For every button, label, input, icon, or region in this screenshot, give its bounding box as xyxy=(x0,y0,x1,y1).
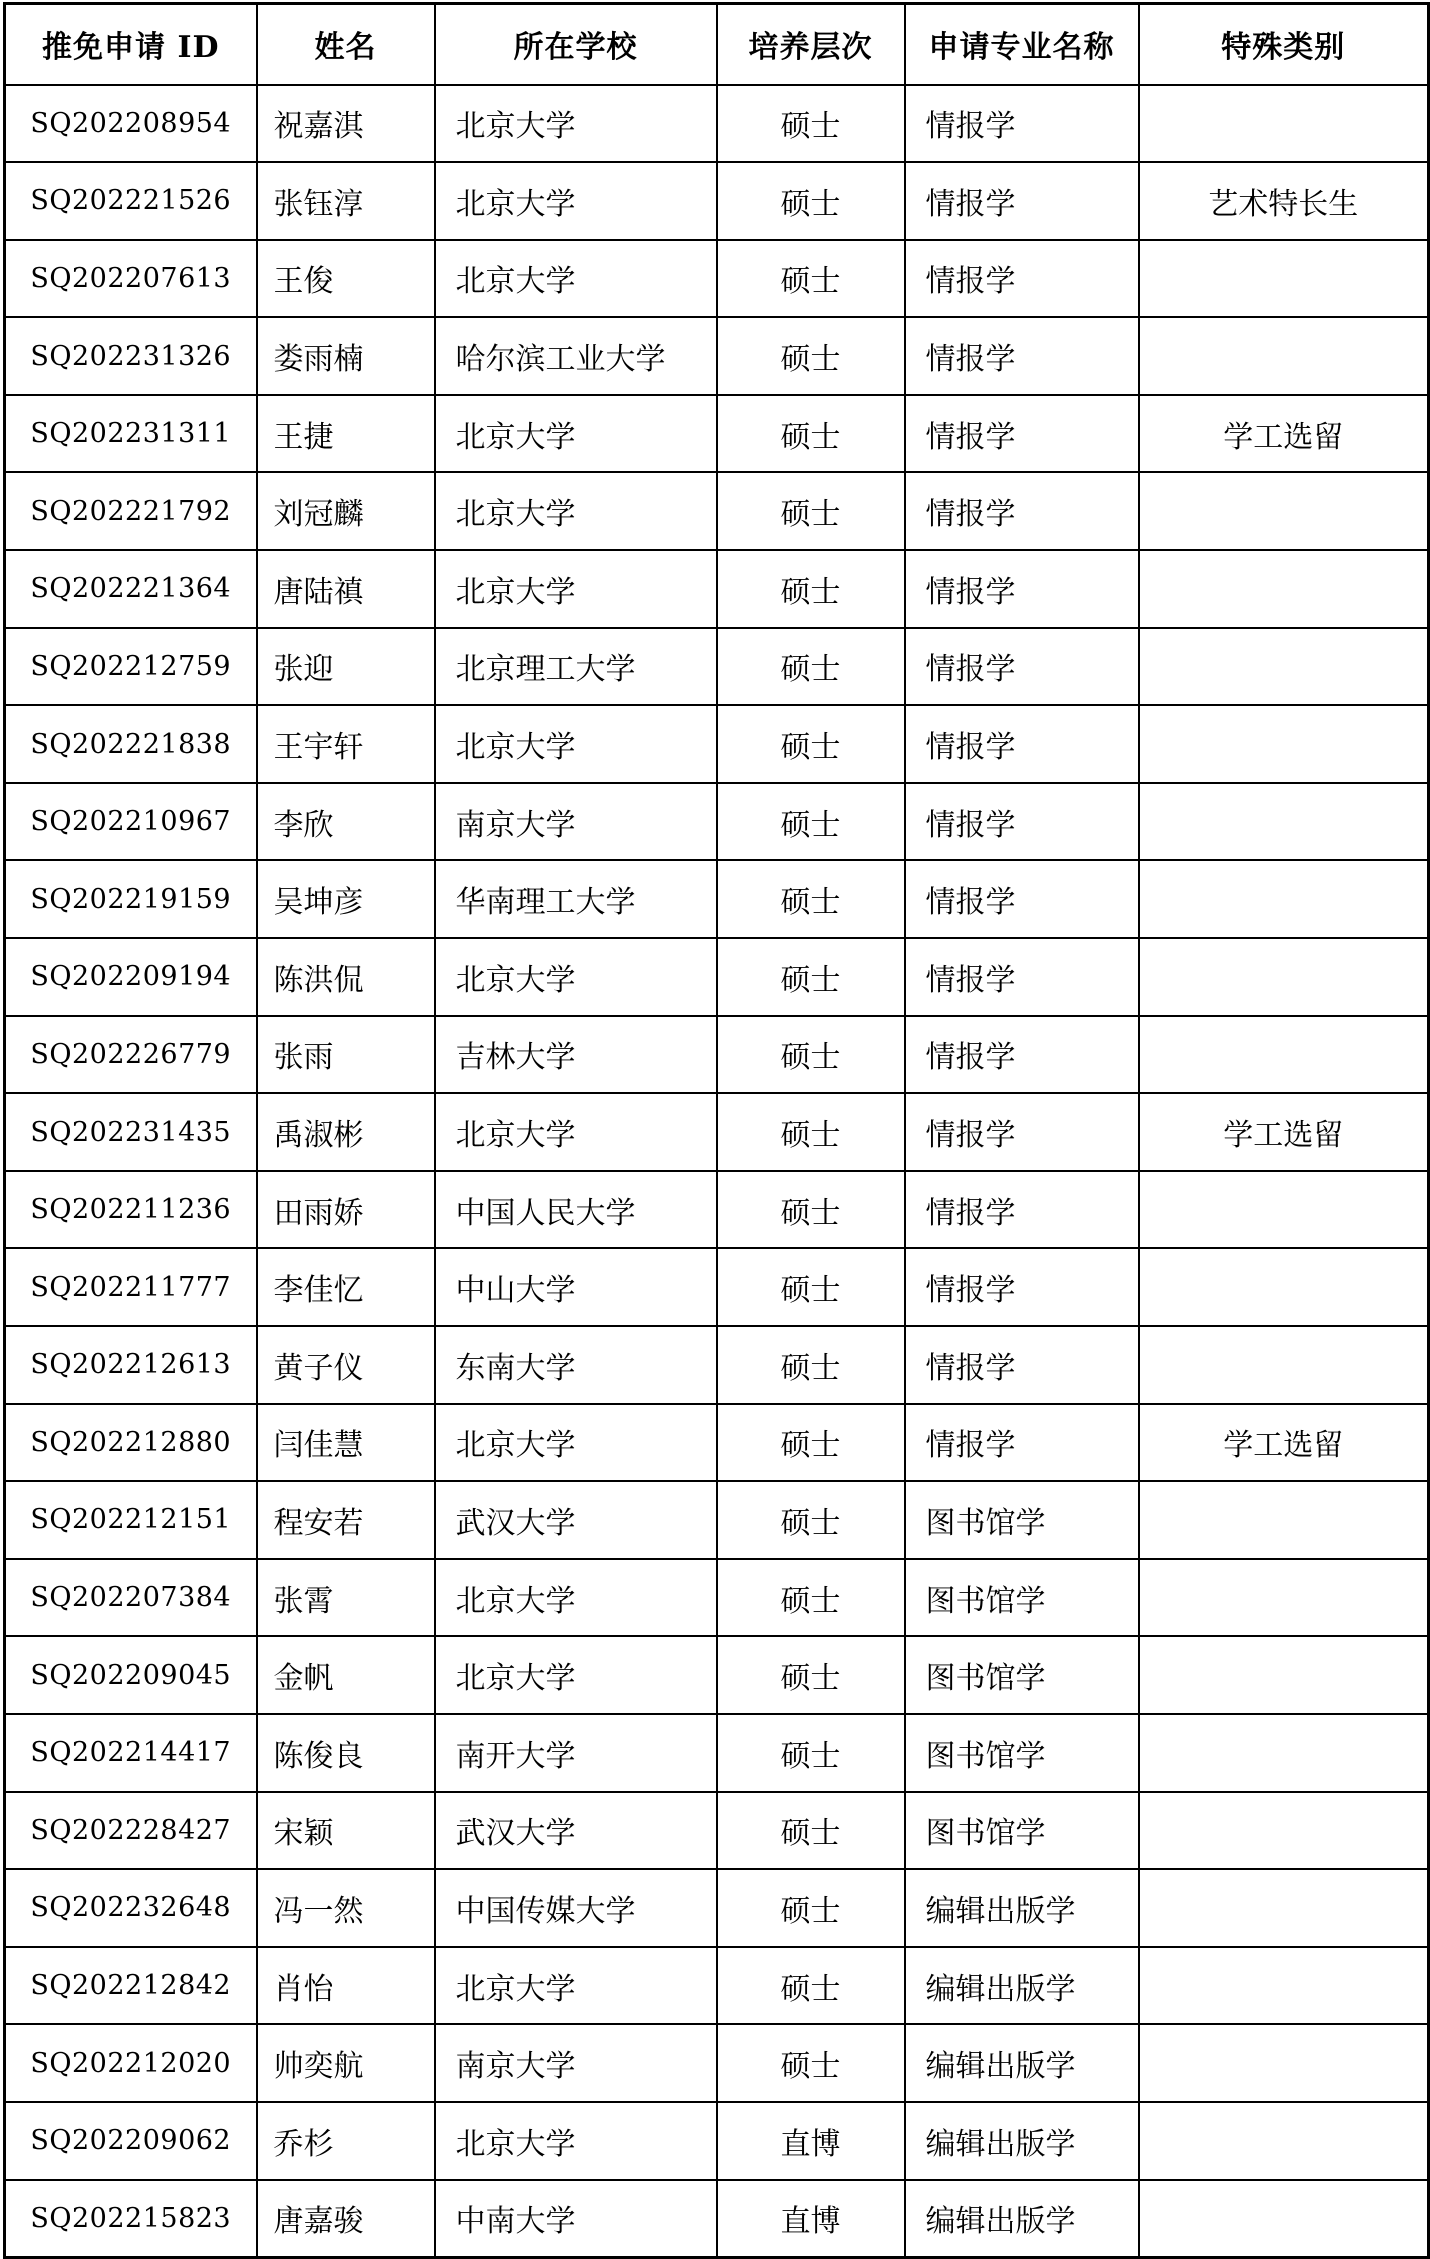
table-cell: 帅奕航 xyxy=(257,2024,435,2102)
table-cell: SQ202208954 xyxy=(5,85,257,163)
table-cell: 硕士 xyxy=(717,1248,905,1326)
table-cell: 程安若 xyxy=(257,1481,435,1559)
table-cell: 硕士 xyxy=(717,1947,905,2025)
table-cell: 情报学 xyxy=(905,317,1139,395)
table-cell: 情报学 xyxy=(905,860,1139,938)
table-row: SQ202209194陈洪侃北京大学硕士情报学 xyxy=(5,938,1429,1016)
table-row: SQ202207384张霄北京大学硕士图书馆学 xyxy=(5,1559,1429,1637)
table-cell: SQ202211777 xyxy=(5,1248,257,1326)
table-cell: 学工选留 xyxy=(1139,1093,1429,1171)
table-cell: 南京大学 xyxy=(435,2024,717,2102)
table-cell: 硕士 xyxy=(717,783,905,861)
table-cell xyxy=(1139,1248,1429,1326)
table-cell xyxy=(1139,472,1429,550)
table-cell: 北京大学 xyxy=(435,705,717,783)
table-row: SQ202212020帅奕航南京大学硕士编辑出版学 xyxy=(5,2024,1429,2102)
table-cell: 肖怡 xyxy=(257,1947,435,2025)
table-cell: 唐陆禛 xyxy=(257,550,435,628)
table-row: SQ202231311王捷北京大学硕士情报学学工选留 xyxy=(5,395,1429,473)
table-cell: 张钰淳 xyxy=(257,162,435,240)
table-cell: 硕士 xyxy=(717,472,905,550)
table-cell: 硕士 xyxy=(717,395,905,473)
table-cell: SQ202215823 xyxy=(5,2180,257,2258)
table-cell: 情报学 xyxy=(905,1093,1139,1171)
table-cell: 图书馆学 xyxy=(905,1714,1139,1792)
table-cell: 闫佳慧 xyxy=(257,1404,435,1482)
table-cell: SQ202232648 xyxy=(5,1869,257,1947)
table-cell: SQ202212613 xyxy=(5,1326,257,1404)
table-cell: SQ202209062 xyxy=(5,2102,257,2180)
table-cell: SQ202212020 xyxy=(5,2024,257,2102)
table-cell: 硕士 xyxy=(717,85,905,163)
table-cell: 情报学 xyxy=(905,1404,1139,1482)
table-row: SQ202208954祝嘉淇北京大学硕士情报学 xyxy=(5,85,1429,163)
table-cell xyxy=(1139,1559,1429,1637)
table-cell xyxy=(1139,628,1429,706)
table-cell: SQ202212151 xyxy=(5,1481,257,1559)
header-row: 推免申请 ID 姓名 所在学校 培养层次 申请专业名称 特殊类别 xyxy=(5,4,1429,85)
admission-roster-table: 推免申请 ID 姓名 所在学校 培养层次 申请专业名称 特殊类别 SQ20220… xyxy=(3,2,1430,2259)
table-cell: 华南理工大学 xyxy=(435,860,717,938)
page: 推免申请 ID 姓名 所在学校 培养层次 申请专业名称 特殊类别 SQ20220… xyxy=(0,0,1430,2256)
table-cell: SQ202207384 xyxy=(5,1559,257,1637)
table-cell: SQ202212880 xyxy=(5,1404,257,1482)
table-cell: 张雨 xyxy=(257,1016,435,1094)
table-cell: 中南大学 xyxy=(435,2180,717,2258)
table-cell: 北京大学 xyxy=(435,1559,717,1637)
table-row: SQ202214417陈俊良南开大学硕士图书馆学 xyxy=(5,1714,1429,1792)
table-cell: 情报学 xyxy=(905,550,1139,628)
table-cell: 编辑出版学 xyxy=(905,2102,1139,2180)
table-cell: 王宇轩 xyxy=(257,705,435,783)
table-row: SQ202215823唐嘉骏中南大学直博编辑出版学 xyxy=(5,2180,1429,2258)
table-body: SQ202208954祝嘉淇北京大学硕士情报学SQ202221526张钰淳北京大… xyxy=(5,85,1429,2258)
table-cell: 北京大学 xyxy=(435,550,717,628)
table-cell: 情报学 xyxy=(905,395,1139,473)
table-cell: 硕士 xyxy=(717,550,905,628)
table-row: SQ202212880闫佳慧北京大学硕士情报学学工选留 xyxy=(5,1404,1429,1482)
table-cell: SQ202209045 xyxy=(5,1636,257,1714)
table-cell: 南开大学 xyxy=(435,1714,717,1792)
table-cell: SQ202228427 xyxy=(5,1792,257,1870)
table-cell: 北京大学 xyxy=(435,1404,717,1482)
table-cell: 北京大学 xyxy=(435,1947,717,2025)
table-cell: 编辑出版学 xyxy=(905,1869,1139,1947)
table-cell: 图书馆学 xyxy=(905,1792,1139,1870)
header-cell-name: 姓名 xyxy=(257,4,435,85)
table-cell xyxy=(1139,1792,1429,1870)
table-row: SQ202209045金帆北京大学硕士图书馆学 xyxy=(5,1636,1429,1714)
table-cell: 李欣 xyxy=(257,783,435,861)
table-cell: 情报学 xyxy=(905,1248,1139,1326)
table-cell: SQ202212759 xyxy=(5,628,257,706)
table-cell: 硕士 xyxy=(717,1559,905,1637)
table-cell: 田雨娇 xyxy=(257,1171,435,1249)
table-cell: 硕士 xyxy=(717,1404,905,1482)
table-cell: 情报学 xyxy=(905,938,1139,1016)
table-cell xyxy=(1139,550,1429,628)
table-cell: 北京大学 xyxy=(435,162,717,240)
table-row: SQ202228427宋颖武汉大学硕士图书馆学 xyxy=(5,1792,1429,1870)
table-cell: 北京大学 xyxy=(435,1093,717,1171)
table-cell: 硕士 xyxy=(717,705,905,783)
table-row: SQ202221838王宇轩北京大学硕士情报学 xyxy=(5,705,1429,783)
table-cell: 硕士 xyxy=(717,1714,905,1792)
table-cell xyxy=(1139,1016,1429,1094)
table-cell: 硕士 xyxy=(717,240,905,318)
table-row: SQ202226779张雨吉林大学硕士情报学 xyxy=(5,1016,1429,1094)
table-cell: 编辑出版学 xyxy=(905,1947,1139,2025)
table-cell xyxy=(1139,2180,1429,2258)
table-header: 推免申请 ID 姓名 所在学校 培养层次 申请专业名称 特殊类别 xyxy=(5,4,1429,85)
table-cell: 张迎 xyxy=(257,628,435,706)
table-cell: 陈俊良 xyxy=(257,1714,435,1792)
table-cell: 情报学 xyxy=(905,705,1139,783)
table-cell: 硕士 xyxy=(717,860,905,938)
table-row: SQ202211236田雨娇中国人民大学硕士情报学 xyxy=(5,1171,1429,1249)
table-row: SQ202211777李佳忆中山大学硕士情报学 xyxy=(5,1248,1429,1326)
table-cell: 李佳忆 xyxy=(257,1248,435,1326)
table-cell: 情报学 xyxy=(905,1171,1139,1249)
table-cell: 直博 xyxy=(717,2102,905,2180)
table-cell xyxy=(1139,1481,1429,1559)
table-cell: 北京理工大学 xyxy=(435,628,717,706)
table-cell: 王捷 xyxy=(257,395,435,473)
table-cell: 情报学 xyxy=(905,783,1139,861)
table-row: SQ202221792刘冠麟北京大学硕士情报学 xyxy=(5,472,1429,550)
table-cell xyxy=(1139,705,1429,783)
table-cell: 情报学 xyxy=(905,628,1139,706)
table-cell: 硕士 xyxy=(717,317,905,395)
table-cell: 硕士 xyxy=(717,1326,905,1404)
table-cell xyxy=(1139,1869,1429,1947)
table-cell xyxy=(1139,938,1429,1016)
table-cell: 学工选留 xyxy=(1139,1404,1429,1482)
table-cell: 硕士 xyxy=(717,1171,905,1249)
table-cell: 刘冠麟 xyxy=(257,472,435,550)
table-cell: 硕士 xyxy=(717,2024,905,2102)
table-row: SQ202219159吴坤彦华南理工大学硕士情报学 xyxy=(5,860,1429,938)
table-cell: 图书馆学 xyxy=(905,1559,1139,1637)
table-cell: 情报学 xyxy=(905,472,1139,550)
table-cell: SQ202231326 xyxy=(5,317,257,395)
table-row: SQ202221526张钰淳北京大学硕士情报学艺术特长生 xyxy=(5,162,1429,240)
table-cell: 图书馆学 xyxy=(905,1481,1139,1559)
table-cell: SQ202214417 xyxy=(5,1714,257,1792)
table-cell: 武汉大学 xyxy=(435,1481,717,1559)
table-cell xyxy=(1139,1714,1429,1792)
table-cell: 北京大学 xyxy=(435,85,717,163)
table-cell: 硕士 xyxy=(717,1792,905,1870)
table-cell xyxy=(1139,240,1429,318)
table-cell xyxy=(1139,1947,1429,2025)
table-row: SQ202232648冯一然中国传媒大学硕士编辑出版学 xyxy=(5,1869,1429,1947)
table-cell: SQ202207613 xyxy=(5,240,257,318)
table-cell: 编辑出版学 xyxy=(905,2024,1139,2102)
table-row: SQ202209062乔杉北京大学直博编辑出版学 xyxy=(5,2102,1429,2180)
table-cell xyxy=(1139,2102,1429,2180)
table-cell: 祝嘉淇 xyxy=(257,85,435,163)
table-cell: 硕士 xyxy=(717,162,905,240)
table-cell: 北京大学 xyxy=(435,2102,717,2180)
table-cell: 硕士 xyxy=(717,628,905,706)
table-cell: 北京大学 xyxy=(435,1636,717,1714)
table-cell: 南京大学 xyxy=(435,783,717,861)
table-cell: 情报学 xyxy=(905,162,1139,240)
table-cell xyxy=(1139,860,1429,938)
table-cell: 北京大学 xyxy=(435,472,717,550)
table-row: SQ202210967李欣南京大学硕士情报学 xyxy=(5,783,1429,861)
table-cell xyxy=(1139,1636,1429,1714)
table-cell: 图书馆学 xyxy=(905,1636,1139,1714)
table-cell: 乔杉 xyxy=(257,2102,435,2180)
table-cell: SQ202209194 xyxy=(5,938,257,1016)
table-cell: 中国传媒大学 xyxy=(435,1869,717,1947)
table-cell: SQ202226779 xyxy=(5,1016,257,1094)
table-cell: 情报学 xyxy=(905,1326,1139,1404)
table-row: SQ202212613黄子仪东南大学硕士情报学 xyxy=(5,1326,1429,1404)
table-cell: 哈尔滨工业大学 xyxy=(435,317,717,395)
table-cell xyxy=(1139,2024,1429,2102)
table-cell: 情报学 xyxy=(905,240,1139,318)
table-cell: SQ202210967 xyxy=(5,783,257,861)
table-row: SQ202231435禹淑彬北京大学硕士情报学学工选留 xyxy=(5,1093,1429,1171)
table-cell: SQ202221838 xyxy=(5,705,257,783)
table-cell xyxy=(1139,317,1429,395)
table-cell: 学工选留 xyxy=(1139,395,1429,473)
table-cell: 硕士 xyxy=(717,1093,905,1171)
table-cell: 唐嘉骏 xyxy=(257,2180,435,2258)
table-cell: 编辑出版学 xyxy=(905,2180,1139,2258)
header-cell-level: 培养层次 xyxy=(717,4,905,85)
table-cell: 情报学 xyxy=(905,1016,1139,1094)
table-cell: SQ202219159 xyxy=(5,860,257,938)
table-cell: 北京大学 xyxy=(435,395,717,473)
table-row: SQ202221364唐陆禛北京大学硕士情报学 xyxy=(5,550,1429,628)
table-row: SQ202207613王俊北京大学硕士情报学 xyxy=(5,240,1429,318)
table-cell xyxy=(1139,783,1429,861)
table-cell: 冯一然 xyxy=(257,1869,435,1947)
table-cell: SQ202221526 xyxy=(5,162,257,240)
table-cell: 硕士 xyxy=(717,1636,905,1714)
table-cell: 北京大学 xyxy=(435,240,717,318)
table-row: SQ202212151程安若武汉大学硕士图书馆学 xyxy=(5,1481,1429,1559)
header-cell-school: 所在学校 xyxy=(435,4,717,85)
table-cell: SQ202212842 xyxy=(5,1947,257,2025)
table-cell: 硕士 xyxy=(717,1481,905,1559)
table-cell: 硕士 xyxy=(717,1016,905,1094)
table-cell: 艺术特长生 xyxy=(1139,162,1429,240)
table-cell: 中山大学 xyxy=(435,1248,717,1326)
table-cell: SQ202231311 xyxy=(5,395,257,473)
table-cell xyxy=(1139,1326,1429,1404)
table-cell: 武汉大学 xyxy=(435,1792,717,1870)
header-cell-application-id: 推免申请 ID xyxy=(5,4,257,85)
table-cell: 硕士 xyxy=(717,938,905,1016)
table-cell: 宋颖 xyxy=(257,1792,435,1870)
table-row: SQ202212842肖怡北京大学硕士编辑出版学 xyxy=(5,1947,1429,2025)
header-cell-special: 特殊类别 xyxy=(1139,4,1429,85)
table-cell: 黄子仪 xyxy=(257,1326,435,1404)
table-cell: 直博 xyxy=(717,2180,905,2258)
table-cell: 王俊 xyxy=(257,240,435,318)
table-cell: 金帆 xyxy=(257,1636,435,1714)
table-cell: 娄雨楠 xyxy=(257,317,435,395)
table-cell: 吴坤彦 xyxy=(257,860,435,938)
table-cell: SQ202211236 xyxy=(5,1171,257,1249)
table-cell xyxy=(1139,1171,1429,1249)
table-cell: 情报学 xyxy=(905,85,1139,163)
table-cell: 陈洪侃 xyxy=(257,938,435,1016)
table-row: SQ202212759张迎北京理工大学硕士情报学 xyxy=(5,628,1429,706)
table-cell: 东南大学 xyxy=(435,1326,717,1404)
table-cell: 硕士 xyxy=(717,1869,905,1947)
table-cell: SQ202221364 xyxy=(5,550,257,628)
table-cell: 中国人民大学 xyxy=(435,1171,717,1249)
header-cell-major: 申请专业名称 xyxy=(905,4,1139,85)
table-cell: SQ202231435 xyxy=(5,1093,257,1171)
table-row: SQ202231326娄雨楠哈尔滨工业大学硕士情报学 xyxy=(5,317,1429,395)
table-cell: 禹淑彬 xyxy=(257,1093,435,1171)
table-cell: 吉林大学 xyxy=(435,1016,717,1094)
table-cell: SQ202221792 xyxy=(5,472,257,550)
table-cell xyxy=(1139,85,1429,163)
table-cell: 张霄 xyxy=(257,1559,435,1637)
table-cell: 北京大学 xyxy=(435,938,717,1016)
